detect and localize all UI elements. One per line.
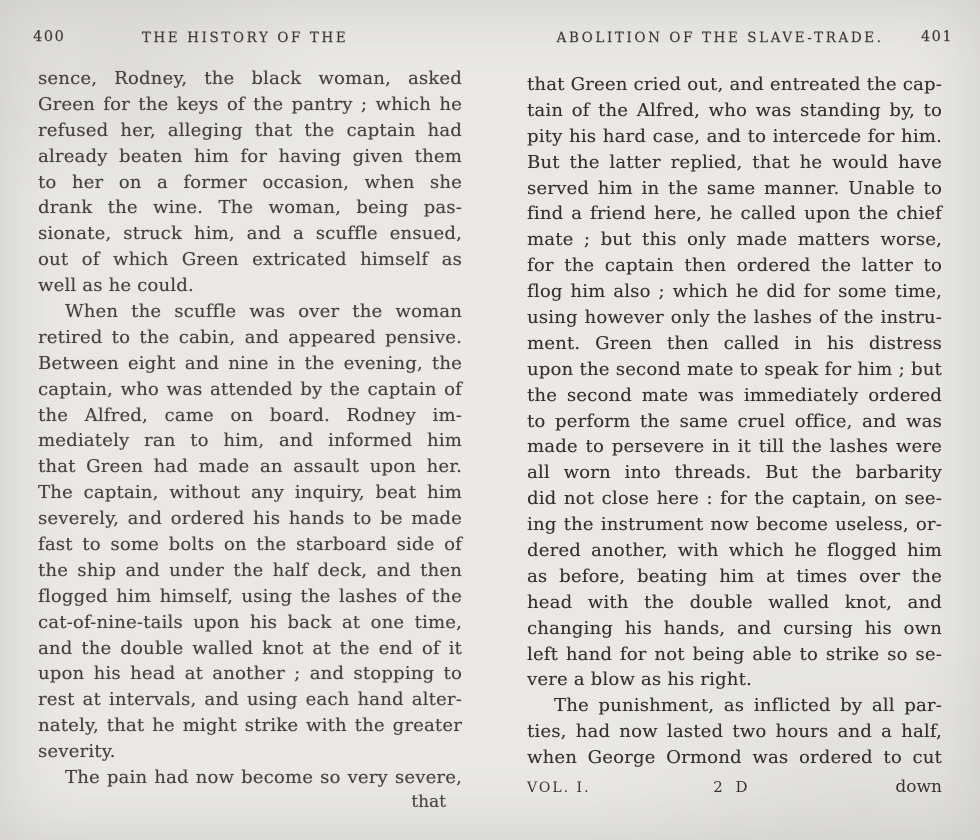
- text-line: upon the second mate to speak for him ; …: [527, 357, 942, 383]
- text-line: fast to some bolts on the starboard side…: [38, 532, 462, 558]
- text-line: as before, beating him at times over the: [527, 564, 942, 590]
- text-line: flogged him himself, using the lashes of…: [38, 584, 462, 610]
- text-line: The pain had now become so very severe,: [38, 765, 462, 791]
- text-line: the second mate was immediately ordered: [527, 383, 942, 409]
- signature-mark: 2 D: [664, 778, 801, 796]
- text-line: and the double walled knot at the end of…: [38, 636, 462, 662]
- text-line: retired to the cabin, and appeared pensi…: [38, 325, 462, 351]
- text-line: ties, had now lasted two hours and a hal…: [527, 719, 942, 745]
- text-line: well as he could.: [38, 273, 462, 299]
- running-title-left: THE HISTORY OF THE: [0, 30, 490, 46]
- text-line: made to persevere in it till the lashes …: [527, 434, 942, 460]
- page-footer: VOL. I. 2 D down: [527, 777, 942, 797]
- text-line: upon his head at another ; and stopping …: [38, 661, 462, 687]
- text-line: When the scuffle was over the woman: [38, 299, 462, 325]
- text-line: flog him also ; which he did for some ti…: [527, 279, 942, 305]
- catchword: that: [38, 792, 462, 812]
- text-line: cat-of-nine-tails upon his back at one t…: [38, 610, 462, 636]
- text-line: changing his hands, and cursing his own: [527, 616, 942, 642]
- text-line: sence, Rodney, the black woman, asked: [38, 66, 462, 92]
- text-line: out of which Green extricated himself as: [38, 247, 462, 273]
- text-line: tain of the Alfred, who was standing by,…: [527, 98, 942, 124]
- text-line: Green for the keys of the pantry ; which…: [38, 92, 462, 118]
- text-line: to her on a former occasion, when she: [38, 170, 462, 196]
- text-line: that Green had made an assault upon her.: [38, 454, 462, 480]
- text-line: nately, that he might strike with the gr…: [38, 713, 462, 739]
- text-line: left hand for not being able to strike s…: [527, 642, 942, 668]
- text-line: when George Ormond was ordered to cut: [527, 745, 942, 771]
- text-line: The punishment, as inflicted by all par-: [527, 693, 942, 719]
- text-line: mediately ran to him, and informed him: [38, 428, 462, 454]
- text-line: already beaten him for having given them: [38, 144, 462, 170]
- text-line: the Alfred, came on board. Rodney im-: [38, 403, 462, 429]
- page-right: ABOLITION OF THE SLAVE-TRADE. 401 that G…: [490, 0, 980, 840]
- running-title-right: ABOLITION OF THE SLAVE-TRADE.: [490, 30, 980, 46]
- text-line: But the latter replied, that he would ha…: [527, 150, 942, 176]
- text-line: head with the double walled knot, and: [527, 590, 942, 616]
- catchword: down: [801, 777, 942, 797]
- text-line: to perform the same cruel office, and wa…: [527, 409, 942, 435]
- text-line: using however only the lashes of the ins…: [527, 305, 942, 331]
- text-line: mate ; but this only made matters worse,: [527, 227, 942, 253]
- text-line: pity his hard case, and to intercede for…: [527, 124, 942, 150]
- text-line: severely, and ordered his hands to be ma…: [38, 506, 462, 532]
- text-line: vere a blow as his right.: [527, 667, 942, 693]
- text-line: refused her, alleging that the captain h…: [38, 118, 462, 144]
- page-number-right: 401: [921, 29, 953, 45]
- volume-label: VOL. I.: [527, 780, 664, 796]
- text-line: that Green cried out, and entreated the …: [527, 72, 942, 98]
- text-line: all worn into threads. But the barbarity: [527, 460, 942, 486]
- text-line: sionate, struck him, and a scuffle ensue…: [38, 221, 462, 247]
- page-left: 400 THE HISTORY OF THE sence, Rodney, th…: [0, 0, 490, 840]
- text-line: the ship and under the half deck, and th…: [38, 558, 462, 584]
- text-line: did not close here : for the captain, on…: [527, 486, 942, 512]
- text-line: The captain, without any inquiry, beat h…: [38, 480, 462, 506]
- text-line: served him in the same manner. Unable to: [527, 176, 942, 202]
- text-line: rest at intervals, and using each hand a…: [38, 687, 462, 713]
- text-line: Between eight and nine in the evening, t…: [38, 351, 462, 377]
- page-right-body: that Green cried out, and entreated the …: [527, 72, 942, 771]
- text-line: for the captain then ordered the latter …: [527, 253, 942, 279]
- text-line: ment. Green then called in his distress: [527, 331, 942, 357]
- text-line: find a friend here, he called upon the c…: [527, 201, 942, 227]
- text-line: drank the wine. The woman, being pas-: [38, 195, 462, 221]
- text-line: dered another, with which he flogged him: [527, 538, 942, 564]
- text-line: captain, who was attended by the captain…: [38, 377, 462, 403]
- text-line: ing the instrument now become useless, o…: [527, 512, 942, 538]
- page-left-body: sence, Rodney, the black woman, asked Gr…: [38, 66, 462, 791]
- text-line: severity.: [38, 739, 462, 765]
